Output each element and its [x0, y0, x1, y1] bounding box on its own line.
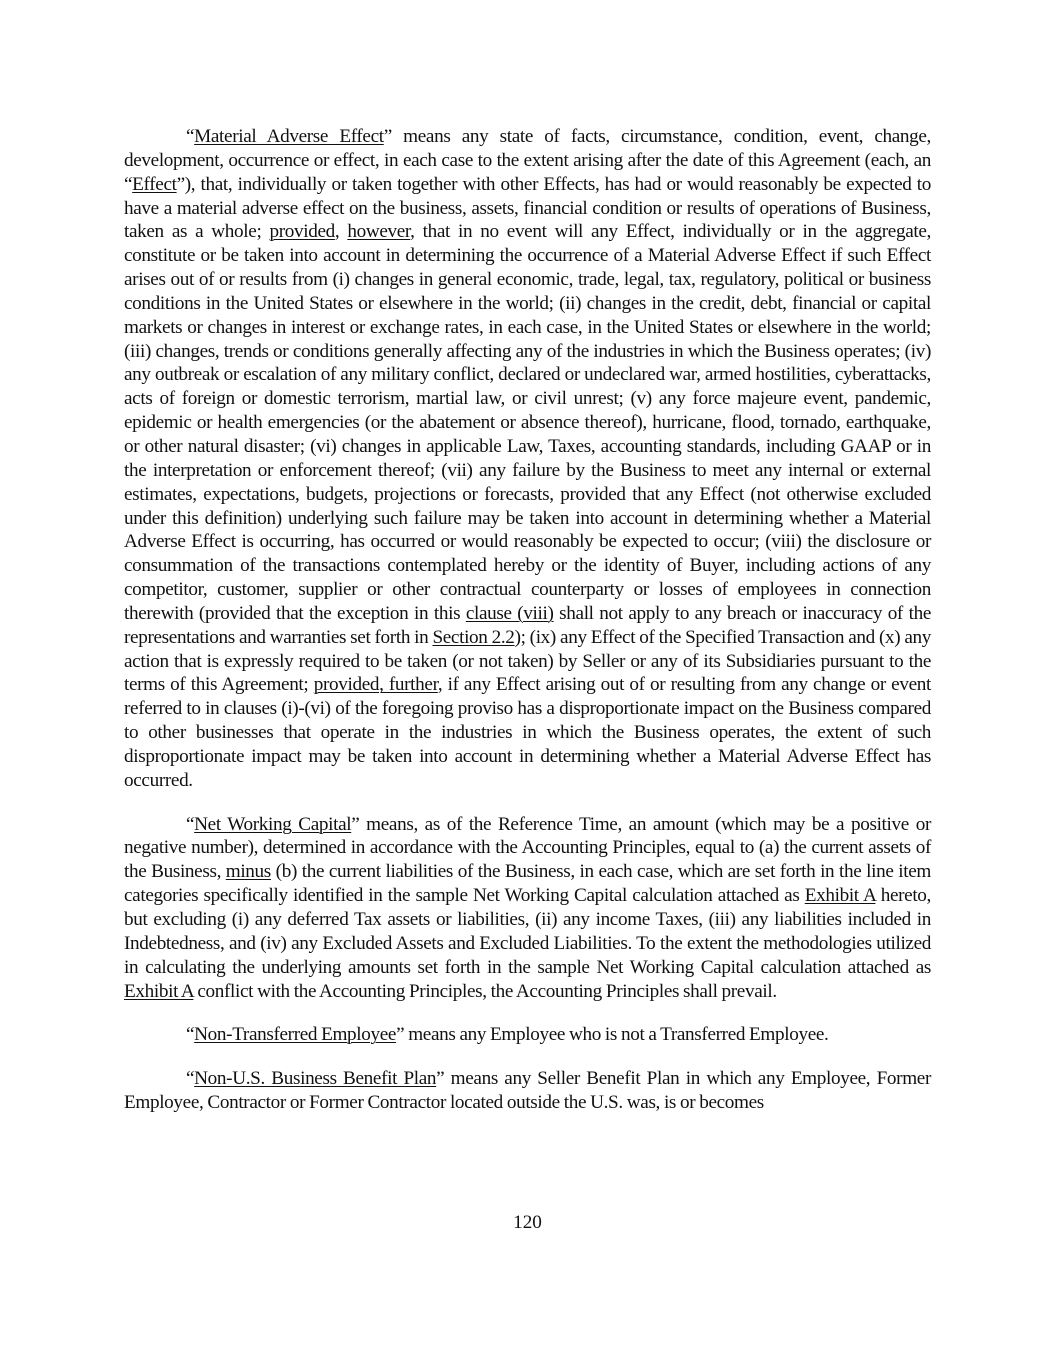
defined-term: Non-Transferred Employee	[194, 1024, 396, 1045]
defined-term: Effect	[132, 174, 176, 195]
paragraph-text: “	[186, 126, 194, 147]
defined-term: Exhibit A	[805, 885, 876, 906]
definition-net-working-capital: “Net Working Capital” means, as of the R…	[124, 813, 931, 1004]
defined-term: provided	[269, 221, 334, 242]
document-body: “Material Adverse Effect” means any stat…	[124, 125, 931, 1115]
definition-non-transferred-employee: “Non-Transferred Employee” means any Emp…	[124, 1023, 931, 1047]
document-page: “Material Adverse Effect” means any stat…	[0, 0, 1055, 1365]
paragraph-text: “	[186, 1024, 194, 1045]
paragraph-text: ,	[335, 221, 347, 242]
paragraph-text: “	[186, 1068, 194, 1089]
defined-term: Section 2.2	[432, 627, 514, 648]
definition-non-us-business-benefit-plan: “Non-U.S. Business Benefit Plan” means a…	[124, 1067, 931, 1115]
paragraph-text: ” means any Employee who is not a Transf…	[396, 1024, 828, 1045]
page-number: 120	[0, 1212, 1055, 1234]
paragraph-text: conflict with the Accounting Principles,…	[193, 981, 776, 1002]
paragraph-text: “	[186, 814, 194, 835]
defined-term: Non-U.S. Business Benefit Plan	[194, 1068, 436, 1089]
paragraph-text: , that in no event will any Effect, indi…	[124, 221, 931, 624]
definition-material-adverse-effect: “Material Adverse Effect” means any stat…	[124, 125, 931, 793]
defined-term: provided, further	[314, 674, 438, 695]
defined-term: minus	[226, 861, 271, 882]
defined-term: Material Adverse Effect	[194, 126, 384, 147]
defined-term: however	[347, 221, 410, 242]
defined-term: Net Working Capital	[194, 814, 351, 835]
defined-term: Exhibit A	[124, 981, 193, 1002]
defined-term: clause (viii)	[466, 603, 554, 624]
